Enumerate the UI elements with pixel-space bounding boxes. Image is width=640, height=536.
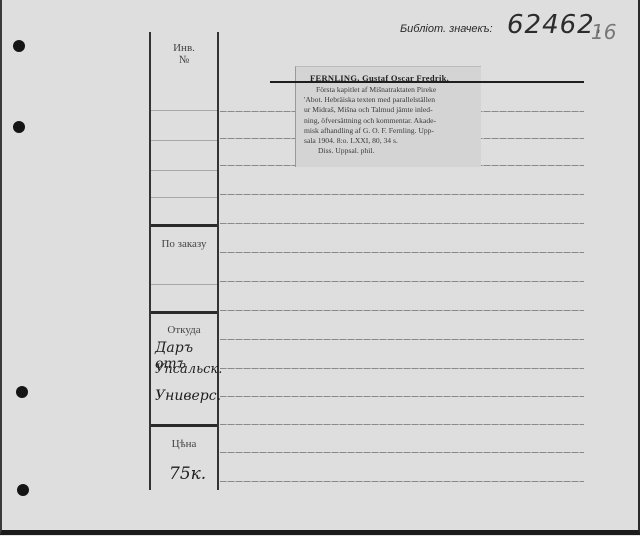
- ruled-line: [220, 252, 584, 253]
- left-column: Инв. № По заказу Откуда Даръ отъ Упсальс…: [149, 32, 219, 490]
- punch-hole-icon: [13, 40, 25, 52]
- clipping-line: ur Midraš, Mišna och Talmud jämte inled-: [304, 105, 476, 115]
- divider: [151, 170, 217, 171]
- clipping-line: sala 1904. 8:o. LXXI, 80, 34 s.: [304, 136, 476, 146]
- clipping-line: 'Abot. Hebräiska texten med parallelstäl…: [304, 95, 476, 105]
- section-divider: [151, 311, 217, 314]
- ruled-line: [220, 339, 584, 340]
- library-mark-label: Библіот. значекъ:: [400, 23, 493, 35]
- order-label: По заказу: [151, 238, 217, 250]
- ruled-line: [220, 424, 584, 425]
- title-rule: [270, 81, 584, 83]
- source-handwritten-line: Упсальск.: [155, 362, 222, 377]
- divider: [151, 284, 217, 285]
- ruled-line: [220, 452, 584, 453]
- inventory-label: Инв.: [151, 42, 217, 54]
- price-handwritten: 75к.: [169, 464, 206, 484]
- catalog-card: Библіот. значекъ: 62462. 16 Инв. № По за…: [0, 0, 640, 535]
- source-handwritten-line: Универс.: [155, 388, 221, 404]
- source-label: Откуда: [151, 324, 217, 336]
- ruled-line: [220, 194, 584, 195]
- divider: [151, 140, 217, 141]
- clipping-line: Första kapitlet af Mišnatraktaten Pireke: [304, 85, 476, 95]
- divider: [151, 110, 217, 111]
- price-label: Цѣна: [151, 438, 217, 450]
- ruled-line: [220, 481, 584, 482]
- punch-hole-icon: [16, 386, 28, 398]
- section-divider: [151, 424, 217, 427]
- ruled-line: [220, 368, 584, 369]
- clipping-body: Första kapitlet af Mišnatraktaten Pireke…: [304, 85, 476, 156]
- ruled-line: [220, 223, 584, 224]
- punch-hole-icon: [17, 484, 29, 496]
- ruled-line: [220, 281, 584, 282]
- clipping-line: misk afhandling af G. O. F. Fernling. Up…: [304, 126, 476, 136]
- ruled-line: [220, 310, 584, 311]
- clipping-line: ning, öfversättning och kommentar. Akade…: [304, 116, 476, 126]
- punch-hole-icon: [13, 121, 25, 133]
- inventory-number-sign: №: [151, 54, 217, 66]
- library-number-suffix: 16: [591, 20, 616, 44]
- library-number: 62462.: [507, 10, 604, 40]
- clipping-line: Diss. Uppsal. phil.: [304, 146, 476, 156]
- ruled-line: [220, 396, 584, 397]
- divider: [151, 197, 217, 198]
- section-divider: [151, 224, 217, 227]
